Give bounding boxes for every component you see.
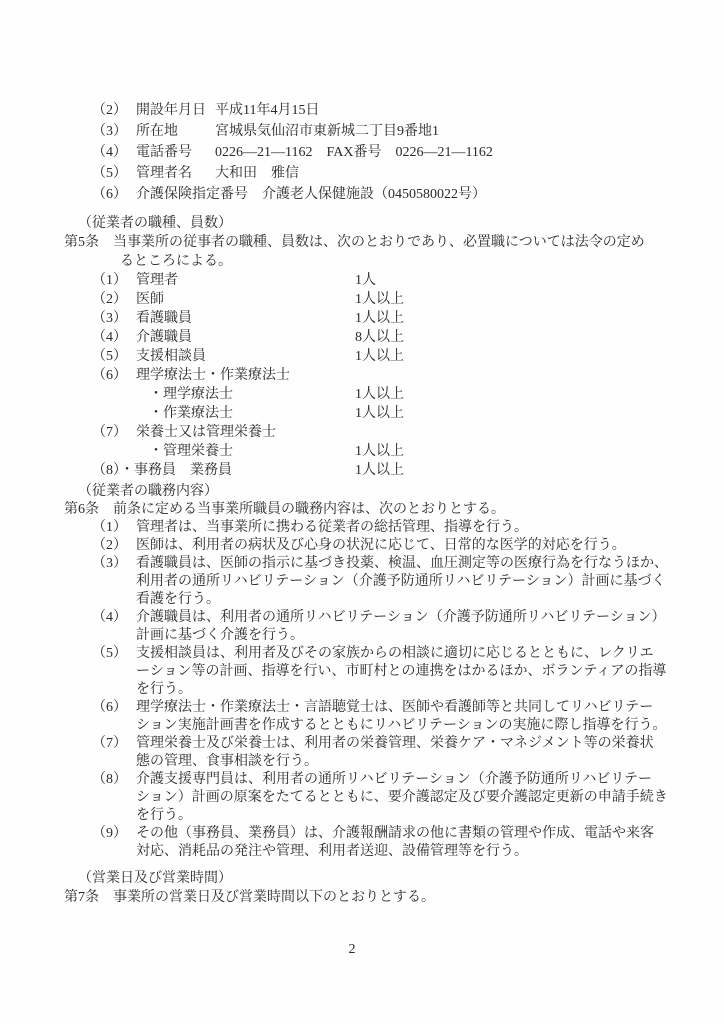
staff-number: （1） <box>92 271 136 290</box>
duty-line: ション）計画の原案をたてるとともに、要介護認定及び要介護認定更新の申請手続き <box>136 789 670 807</box>
staff-row: （4） 介護職員 8人以上 <box>0 328 724 347</box>
duty-line: を行う。 <box>136 807 670 825</box>
staff-label: 支援相談員 <box>136 347 355 366</box>
duty-text: 医師は、利用者の病状及び心身の状況に応じて、日常的な医学的対応を行う。 <box>136 537 670 555</box>
info-value: 介護老人保健施設（0450580022号） <box>262 184 486 205</box>
duty-item: （3） 看護職員は、医師の指示に基づき投薬、検温、血圧測定等の医療行為を行なうほ… <box>0 555 724 609</box>
info-label: 管理者名 <box>136 163 215 184</box>
info-label: 電話番号 <box>136 142 215 163</box>
staff-count: 1人以上 <box>355 404 404 423</box>
info-label: 介護保険指定番号 <box>136 184 248 205</box>
duty-line: ション実施計画書を作成するとともにリハビリテーションの実施に際し指導を行う。 <box>136 717 670 735</box>
info-row: （6） 介護保険指定番号 介護老人保健施設（0450580022号） <box>0 184 724 205</box>
article5-intro-line1: 第5条 当事業所の従事者の職種、員数は、次のとおりであり、必置職については法令の… <box>0 233 724 252</box>
staff-row: （5） 支援相談員 1人以上 <box>0 347 724 366</box>
staff-row: （1） 管理者 1人 <box>0 271 724 290</box>
duty-line: 理学療法士・作業療法士・言語聴覚士は、医師や看護師等と共同してリハビリテー <box>136 699 670 717</box>
duty-number: （3） <box>92 555 136 609</box>
info-row: （5） 管理者名 大和田 雅信 <box>0 163 724 184</box>
article7-section: （営業日及び営業時間） 第7条 事業所の営業日及び営業時間以下のとおりとする。 <box>0 869 724 907</box>
article6-heading: （従業者の職務内容） <box>0 483 724 501</box>
staff-label: 看護職員 <box>136 309 355 328</box>
duty-item: （2） 医師は、利用者の病状及び心身の状況に応じて、日常的な医学的対応を行う。 <box>0 537 724 555</box>
staff-label: 理学療法士・作業療法士 <box>136 366 355 385</box>
info-row: （2） 開設年月日 平成11年4月15日 <box>0 100 724 121</box>
info-value: 平成11年4月15日 <box>215 100 319 121</box>
staff-number: （6） <box>92 366 136 385</box>
staff-count: 1人以上 <box>355 290 404 309</box>
duty-number: （4） <box>92 609 136 645</box>
duty-item: （4） 介護職員は、利用者の通所リハビリテーション（介護予防通所リハビリテーショ… <box>0 609 724 645</box>
staff-count: 1人以上 <box>355 385 404 404</box>
article7-body: 第7条 事業所の営業日及び営業時間以下のとおりとする。 <box>0 888 724 907</box>
duty-item: （1） 管理者は、当事業所に携わる従業者の総括管理、指導を行う。 <box>0 519 724 537</box>
info-number: （4） <box>92 142 136 163</box>
info-number: （5） <box>92 163 136 184</box>
staff-row: ・作業療法士 1人以上 <box>0 404 724 423</box>
duty-text: 管理者は、当事業所に携わる従業者の総括管理、指導を行う。 <box>136 519 670 537</box>
duty-text: 管理栄養士及び栄養士は、利用者の栄養管理、栄養ケア・マネジメント等の栄養状 態の… <box>136 735 670 771</box>
duty-line: 介護職員は、利用者の通所リハビリテーション（介護予防通所リハビリテーション） <box>136 609 670 627</box>
duty-line: 利用者の通所リハビリテーション（介護予防通所リハビリテーション）計画に基づく <box>136 573 670 591</box>
duty-number: （2） <box>92 537 136 555</box>
article7-heading: （営業日及び営業時間） <box>0 869 724 888</box>
duty-line: 介護支援専門員は、利用者の通所リハビリテーション（介護予防通所リハビリテー <box>136 771 670 789</box>
facility-info-section: （2） 開設年月日 平成11年4月15日 （3） 所在地 宮城県気仙沼市東新城二… <box>0 100 724 205</box>
staff-row: ・理学療法士 1人以上 <box>0 385 724 404</box>
duty-number: （7） <box>92 735 136 771</box>
info-row: （3） 所在地 宮城県気仙沼市東新城二丁目9番地1 <box>0 121 724 142</box>
info-number: （6） <box>92 184 136 205</box>
page-number: 2 <box>0 942 704 958</box>
duty-line: 計画に基づく介護を行う。 <box>136 627 670 645</box>
staff-row: （6） 理学療法士・作業療法士 <box>0 366 724 385</box>
duty-item: （9） その他（事務員、業務員）は、介護報酬請求の他に書類の管理や作成、電話や来… <box>0 825 724 861</box>
staff-count: 1人以上 <box>355 309 404 328</box>
duty-line: ーション等の計画、指導を行い、市町村との連携をはかるほか、ボランティアの指導 <box>136 663 670 681</box>
duty-text: 介護支援専門員は、利用者の通所リハビリテーション（介護予防通所リハビリテー ショ… <box>136 771 670 825</box>
staff-number: （3） <box>92 309 136 328</box>
info-row: （4） 電話番号 0226—21—1162 FAX番号 0226—21—1162 <box>0 142 724 163</box>
document-page: （2） 開設年月日 平成11年4月15日 （3） 所在地 宮城県気仙沼市東新城二… <box>0 0 724 1024</box>
duty-text: 理学療法士・作業療法士・言語聴覚士は、医師や看護師等と共同してリハビリテー ショ… <box>136 699 670 735</box>
duty-text: その他（事務員、業務員）は、介護報酬請求の他に書類の管理や作成、電話や来客 対応… <box>136 825 670 861</box>
staff-label: ・管理栄養士 <box>149 442 355 461</box>
duty-item: （6） 理学療法士・作業療法士・言語聴覚士は、医師や看護師等と共同してリハビリテ… <box>0 699 724 735</box>
staff-number: （2） <box>92 290 136 309</box>
duty-text: 介護職員は、利用者の通所リハビリテーション（介護予防通所リハビリテーション） 計… <box>136 609 670 645</box>
info-label: 所在地 <box>136 121 215 142</box>
duty-line: 支援相談員は、利用者及びその家族からの相談に適切に応じるとともに、レクリエ <box>136 645 670 663</box>
duty-number: （1） <box>92 519 136 537</box>
staff-count: 1人 <box>355 271 376 290</box>
info-label: 開設年月日 <box>136 100 215 121</box>
staff-label: （8）・事務員 業務員 <box>92 461 355 480</box>
article6-section: （従業者の職務内容） 第6条 前条に定める当事業所職員の職務内容は、次のとおりと… <box>0 483 724 861</box>
duty-line: 態の管理、食事相談を行う。 <box>136 753 670 771</box>
staff-count: 8人以上 <box>355 328 404 347</box>
info-value: 0226—21—1162 FAX番号 0226—21—1162 <box>215 142 493 163</box>
duty-line: 看護職員は、医師の指示に基づき投薬、検温、血圧測定等の医療行為を行なうほか、 <box>136 555 670 573</box>
staff-label: 介護職員 <box>136 328 355 347</box>
duty-line: 医師は、利用者の病状及び心身の状況に応じて、日常的な医学的対応を行う。 <box>136 537 670 555</box>
duty-item: （7） 管理栄養士及び栄養士は、利用者の栄養管理、栄養ケア・マネジメント等の栄養… <box>0 735 724 771</box>
staff-label: ・理学療法士 <box>149 385 355 404</box>
duty-line: を行う。 <box>136 681 670 699</box>
duty-item: （5） 支援相談員は、利用者及びその家族からの相談に適切に応じるとともに、レクリ… <box>0 645 724 699</box>
staff-label: 栄養士又は管理栄養士 <box>136 423 355 442</box>
staff-number: （4） <box>92 328 136 347</box>
staff-label: 管理者 <box>136 271 355 290</box>
duty-item: （8） 介護支援専門員は、利用者の通所リハビリテーション（介護予防通所リハビリテ… <box>0 771 724 825</box>
duty-line: 対応、消耗品の発注や管理、利用者送迎、設備管理等を行う。 <box>136 843 670 861</box>
info-value: 大和田 雅信 <box>215 163 299 184</box>
staff-number: （5） <box>92 347 136 366</box>
duty-line: 看護を行う。 <box>136 591 670 609</box>
staff-label: 医師 <box>136 290 355 309</box>
staff-number: （7） <box>92 423 136 442</box>
duty-number: （9） <box>92 825 136 861</box>
staff-row: （7） 栄養士又は管理栄養士 <box>0 423 724 442</box>
duty-number: （8） <box>92 771 136 825</box>
info-number: （2） <box>92 100 136 121</box>
article5-section: （従業者の職種、員数） 第5条 当事業所の従事者の職種、員数は、次のとおりであり… <box>0 214 724 480</box>
duty-number: （5） <box>92 645 136 699</box>
duty-number: （6） <box>92 699 136 735</box>
staff-row: （8）・事務員 業務員 1人以上 <box>0 461 724 480</box>
staff-label: ・作業療法士 <box>149 404 355 423</box>
article6-intro: 第6条 前条に定める当事業所職員の職務内容は、次のとおりとする。 <box>0 501 724 519</box>
staff-row: ・管理栄養士 1人以上 <box>0 442 724 461</box>
article5-intro-line2: るところによる。 <box>0 252 724 271</box>
duty-line: 管理者は、当事業所に携わる従業者の総括管理、指導を行う。 <box>136 519 670 537</box>
staff-row: （2） 医師 1人以上 <box>0 290 724 309</box>
duty-text: 看護職員は、医師の指示に基づき投薬、検温、血圧測定等の医療行為を行なうほか、 利… <box>136 555 670 609</box>
article5-heading: （従業者の職種、員数） <box>0 214 724 233</box>
info-number: （3） <box>92 121 136 142</box>
duty-line: 管理栄養士及び栄養士は、利用者の栄養管理、栄養ケア・マネジメント等の栄養状 <box>136 735 670 753</box>
staff-count: 1人以上 <box>355 442 404 461</box>
duty-text: 支援相談員は、利用者及びその家族からの相談に適切に応じるとともに、レクリエ ーシ… <box>136 645 670 699</box>
staff-count: 1人以上 <box>355 347 404 366</box>
staff-count: 1人以上 <box>355 461 404 480</box>
duty-line: その他（事務員、業務員）は、介護報酬請求の他に書類の管理や作成、電話や来客 <box>136 825 670 843</box>
staff-row: （3） 看護職員 1人以上 <box>0 309 724 328</box>
info-value: 宮城県気仙沼市東新城二丁目9番地1 <box>215 121 439 142</box>
